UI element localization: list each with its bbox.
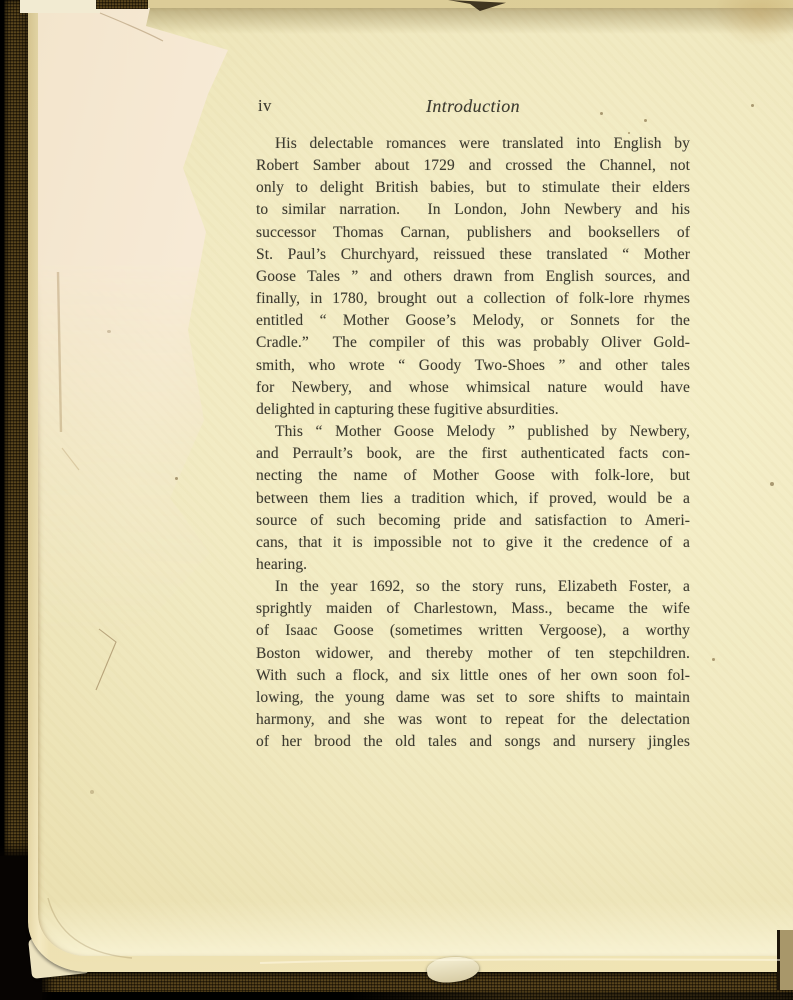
text-line: Robert Samber about 1729 and crossed the… — [256, 155, 690, 177]
book-cover-bottom-edge — [26, 968, 793, 1000]
text-line: lowing, the young dame was set to sore s… — [256, 687, 690, 709]
text-line: to similar narration. In London, John Ne… — [256, 199, 690, 221]
text-line: In the year 1692, so the story runs, Eli… — [256, 576, 690, 598]
text-line: With such a flock, and six little ones o… — [256, 665, 690, 687]
text-line: Boston widower, and thereby mother of te… — [256, 643, 690, 665]
text-line: finally, in 1780, brought out a collecti… — [256, 288, 690, 310]
page-edge-tab — [20, 0, 100, 13]
text-line: cans, that it is impossible not to give … — [256, 532, 690, 554]
text-line: sprightly maiden of Charlestown, Mass., … — [256, 598, 690, 620]
text-line: harmony, and she was wont to repeat for … — [256, 709, 690, 731]
text-line: source of such becoming pride and satisf… — [256, 510, 690, 532]
text-line: Cradle.” The compiler of this was probab… — [256, 332, 690, 354]
text-line: hearing. — [256, 554, 690, 576]
paper-speck — [770, 482, 774, 486]
paper-speck — [644, 119, 647, 122]
text-line: only to delight British babies, but to s… — [256, 177, 690, 199]
paper-speck — [107, 330, 111, 333]
text-line: for Newbery, and whose whimsical nature … — [256, 377, 690, 399]
cover-glimpse-top — [96, 0, 148, 9]
paper-speck — [90, 790, 94, 794]
body-text: His delectable romances were translated … — [256, 133, 690, 753]
text-line: of Isaac Goose (sometimes written Vergoo… — [256, 620, 690, 642]
text-line: between them lies a tradition which, if … — [256, 488, 690, 510]
page-header: iv Introduction — [256, 96, 690, 118]
text-line: This “ Mother Goose Melody ” published b… — [256, 421, 690, 443]
text-line: His delectable romances were translated … — [256, 133, 690, 155]
text-line: and Perrault’s book, are the first authe… — [256, 443, 690, 465]
text-line: of her brood the old tales and songs and… — [256, 731, 690, 753]
paper-speck — [175, 477, 178, 480]
paper-speck — [712, 658, 715, 661]
page-block-edge — [777, 930, 793, 990]
text-line: smith, who wrote “ Goody Two-Shoes ” and… — [256, 355, 690, 377]
running-head: Introduction — [256, 96, 690, 117]
paper-speck — [751, 104, 754, 107]
text-line: necting the name of Mother Goose with fo… — [256, 465, 690, 487]
text-line: St. Paul’s Churchyard, reissued these tr… — [256, 244, 690, 266]
text-line: Goose Tales ” and others drawn from Engl… — [256, 266, 690, 288]
text-line: entitled “ Mother Goose’s Melody, or Son… — [256, 310, 690, 332]
text-line: delighted in capturing these fugitive ab… — [256, 399, 690, 421]
text-line: successor Thomas Carnan, publishers and … — [256, 222, 690, 244]
